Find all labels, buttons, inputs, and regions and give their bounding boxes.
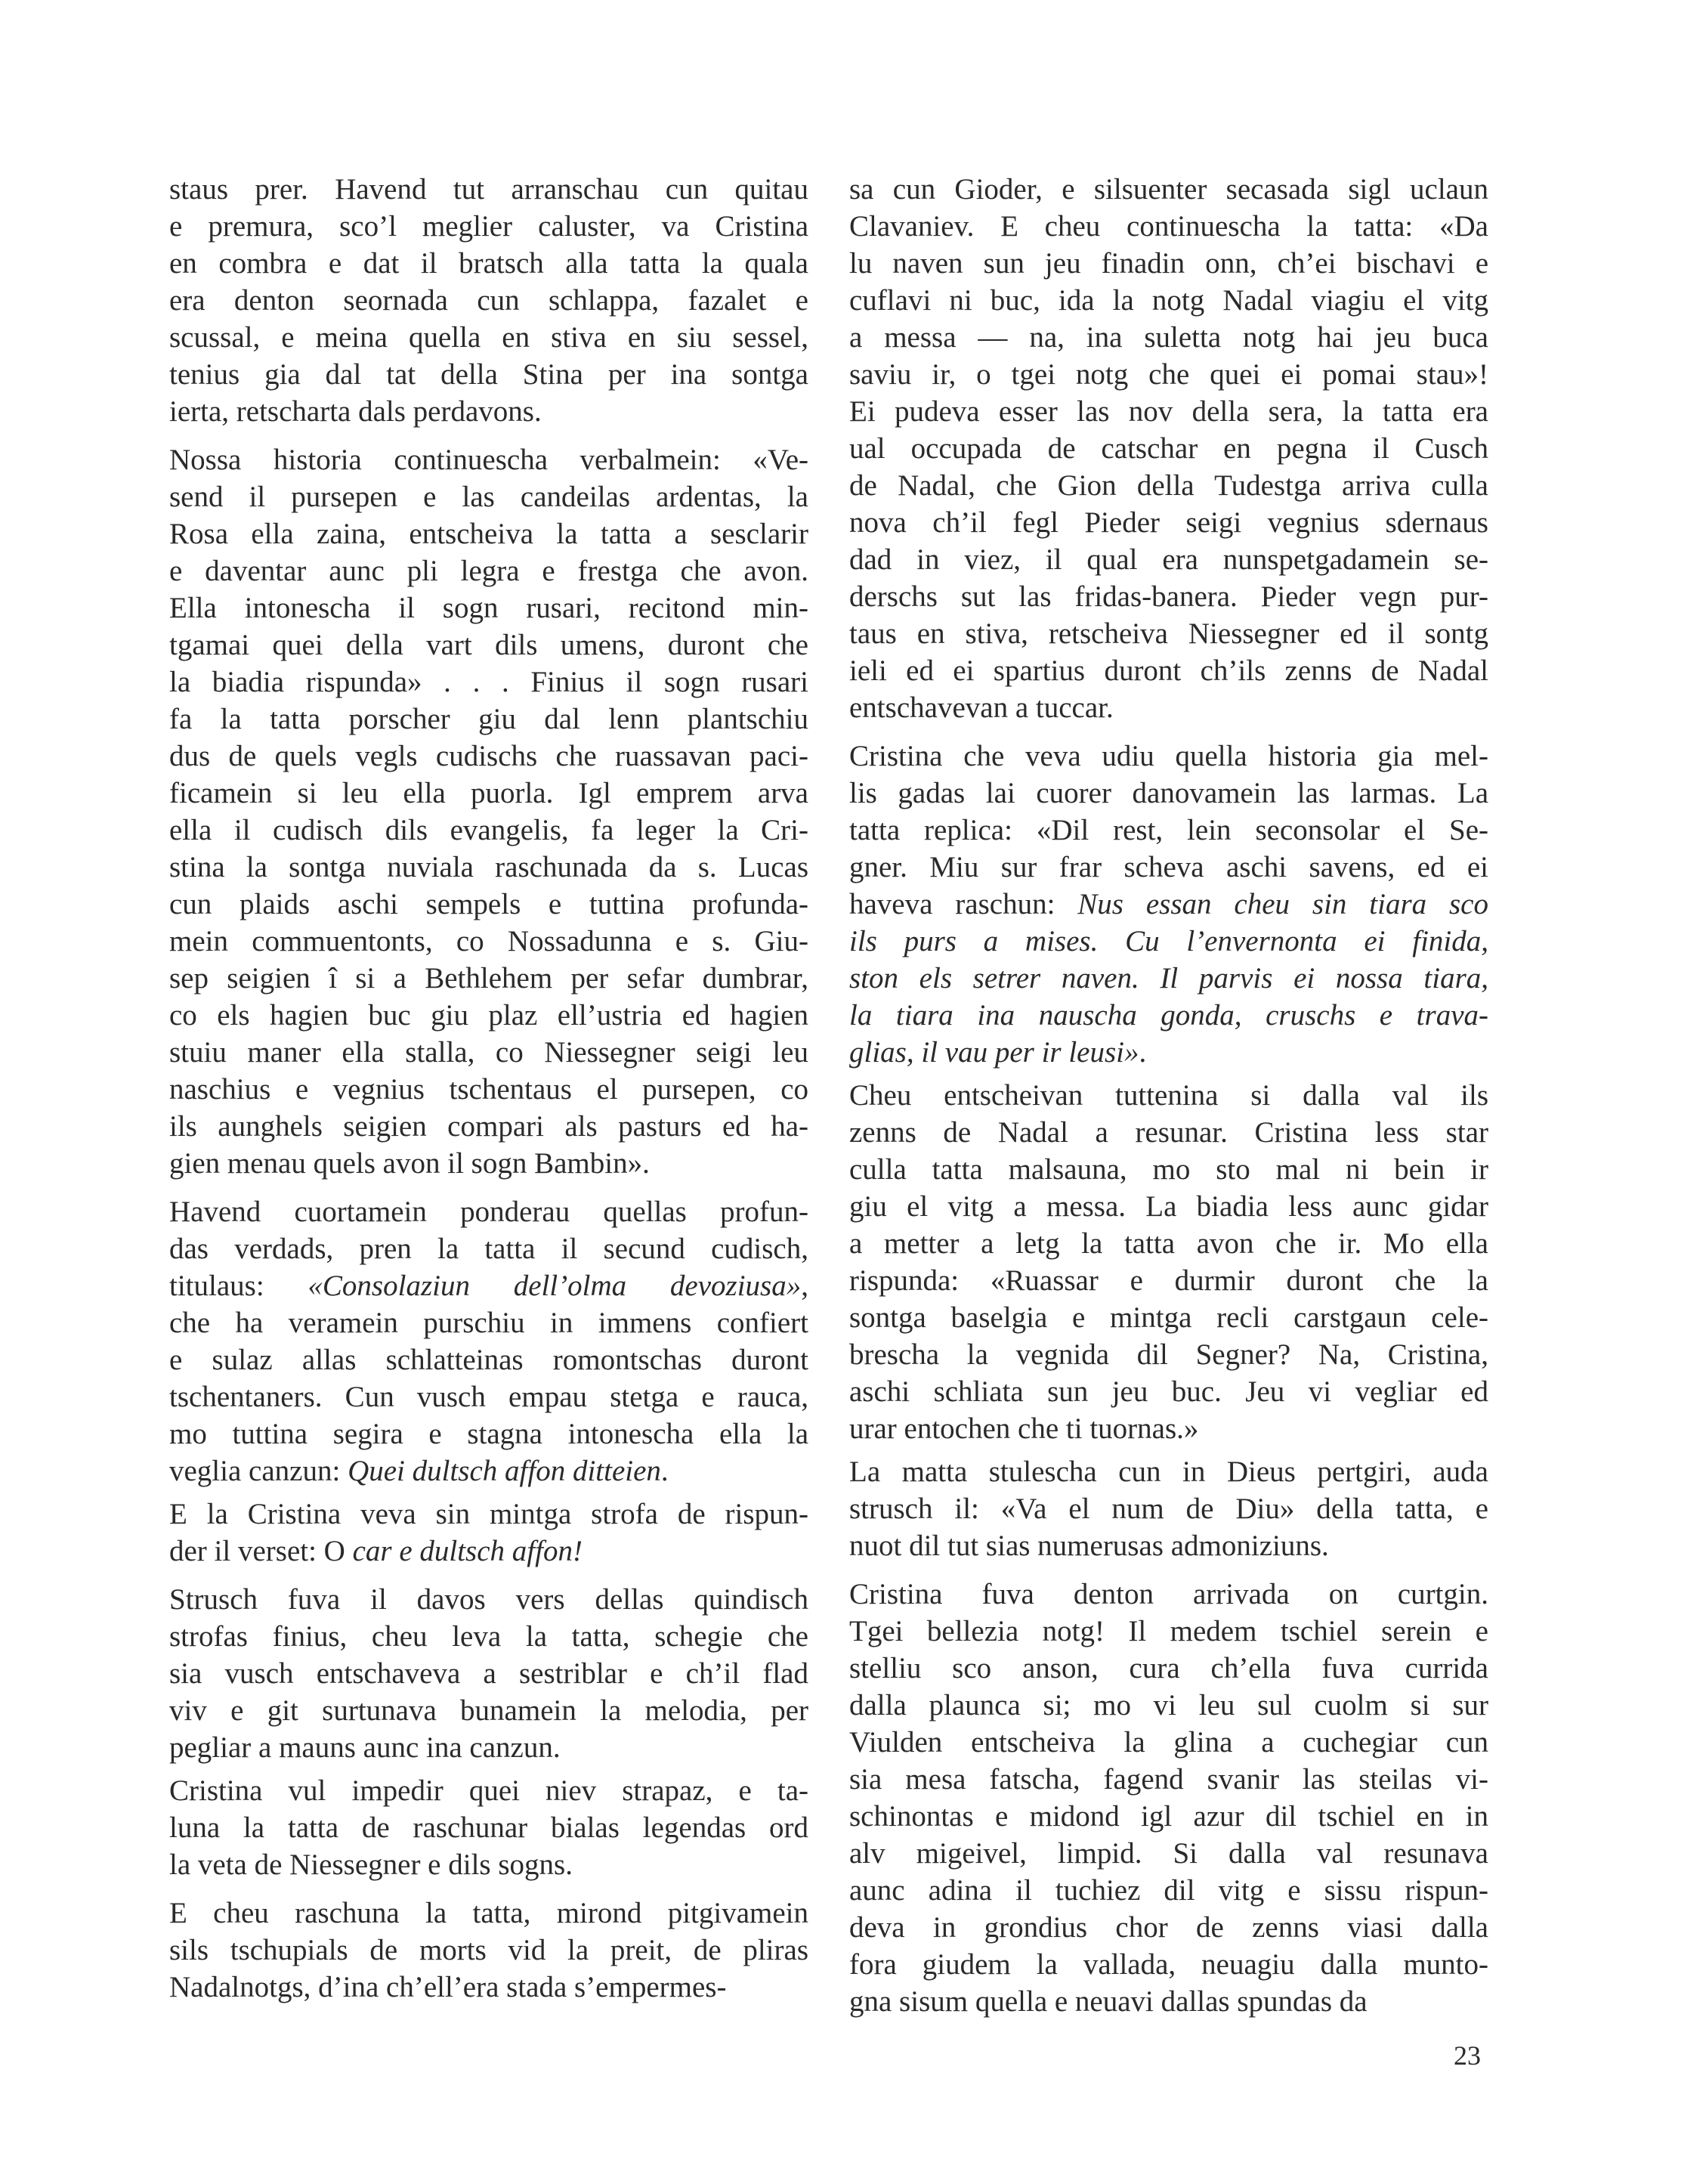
- text-line: Ei pudeva esser las nov della sera, la t…: [849, 393, 1488, 430]
- text-line: send il pursepen e las candeilas ardenta…: [169, 478, 808, 515]
- text-line: rispunda: «Ruassar e durmir duront che l…: [849, 1262, 1488, 1299]
- text-line: strofas finius, cheu leva la tatta, sche…: [169, 1618, 808, 1655]
- text-line: saviu ir, o tgei notg che quei ei pomai …: [849, 356, 1488, 393]
- text-segment: derschs sut las fridas-banera. Pieder ve…: [849, 580, 1488, 613]
- text-line: tenius gia dal tat della Stina per ina s…: [169, 356, 808, 393]
- text-line: sa cun Gioder, e silsuenter secasada sig…: [849, 171, 1488, 208]
- left-text-column: staus prer. Havend tut arranschau cun qu…: [169, 171, 808, 2006]
- text-line: co els hagien buc giu plaz ell’ustria ed…: [169, 997, 808, 1034]
- text-line: cuflavi ni buc, ida la notg Nadal viagiu…: [849, 282, 1488, 319]
- text-segment: dalla plaunca si; mo vi leu sul cuolm si…: [849, 1689, 1488, 1722]
- text-segment: Ella intonescha il sogn rusari, recitond…: [169, 592, 808, 624]
- text-segment: Cristina che veva udiu quella historia g…: [849, 740, 1488, 772]
- text-segment: E cheu raschuna la tatta, mirond pitgiva…: [169, 1897, 808, 1929]
- text-line: nova ch’il fegl Pieder seigi vegnius sde…: [849, 504, 1488, 541]
- text-segment: cuflavi ni buc, ida la notg Nadal viagiu…: [849, 284, 1488, 317]
- text-segment: aunc adina il tuchiez dil vitg e sissu r…: [849, 1874, 1488, 1907]
- text-line: stina la sontga nuviala raschunada da s.…: [169, 849, 808, 886]
- text-line: Havend cuortamein ponderau quellas profu…: [169, 1193, 808, 1230]
- text-line: urar entochen che ti tuornas.»: [849, 1410, 1488, 1447]
- text-line: aschi schliata sun jeu buc. Jeu vi vegli…: [849, 1373, 1488, 1410]
- text-line: Cristina vul impedir quei niev strapaz, …: [169, 1772, 808, 1809]
- italic-text: car e dultsch affon!: [353, 1535, 583, 1567]
- text-segment: ,: [801, 1270, 808, 1302]
- text-line: taus en stiva, retscheiva Niessegner ed …: [849, 615, 1488, 652]
- text-segment: la veta de Niessegner e dils sogns.: [169, 1848, 573, 1881]
- text-line: glias, il vau per ir leusi».: [849, 1034, 1488, 1071]
- text-segment: stelliu sco anson, cura ch’ella fuva cur…: [849, 1652, 1488, 1684]
- paragraph: Strusch fuva il davos vers dellas quindi…: [169, 1581, 808, 1766]
- italic-text: Quei dultsch affon ditteien: [348, 1455, 661, 1487]
- text-segment: aschi schliata sun jeu buc. Jeu vi vegli…: [849, 1375, 1488, 1408]
- text-line: das verdads, pren la tatta il secund cud…: [169, 1230, 808, 1267]
- text-segment: en combra e dat il bratsch alla tatta la…: [169, 247, 808, 280]
- text-segment: tenius gia dal tat della Stina per ina s…: [169, 358, 808, 391]
- italic-text: la tiara ina nauscha gonda, cruschs e tr…: [849, 999, 1488, 1032]
- paragraph: Havend cuortamein ponderau quellas profu…: [169, 1193, 808, 1490]
- text-line: Cristina fuva denton arrivada on curtgin…: [849, 1576, 1488, 1613]
- text-line: e daventar aunc pli legra e frestga che …: [169, 552, 808, 589]
- text-segment: Cristina vul impedir quei niev strapaz, …: [169, 1774, 808, 1807]
- text-segment: haveva raschun:: [849, 888, 1077, 920]
- text-segment: sep seigien î si a Bethlehem per sefar d…: [169, 962, 808, 995]
- text-segment: staus prer. Havend tut arranschau cun qu…: [169, 173, 808, 206]
- text-line: Tgei bellezia notg! Il medem tschiel ser…: [849, 1613, 1488, 1650]
- text-line: mo tuttina segira e stagna intonescha el…: [169, 1415, 808, 1452]
- text-segment: dus de quels vegls cudischs che ruassava…: [169, 740, 808, 772]
- text-line: sontga baselgia e mintga recli carstgaun…: [849, 1299, 1488, 1336]
- text-segment: ils aunghels seigien compari als pasturs…: [169, 1110, 808, 1143]
- text-segment: stina la sontga nuviala raschunada da s.…: [169, 851, 808, 883]
- text-segment: tatta replica: «Dil rest, lein seconsola…: [849, 814, 1488, 846]
- text-line: La matta stulescha cun in Dieus pertgiri…: [849, 1453, 1488, 1490]
- text-segment: La matta stulescha cun in Dieus pertgiri…: [849, 1455, 1488, 1488]
- text-segment: alv migeivel, limpid. Si dalla val resun…: [849, 1837, 1488, 1870]
- text-segment: ieli ed ei spartius duront ch’ils zenns …: [849, 654, 1488, 687]
- text-line: era denton seornada cun schlappa, fazale…: [169, 282, 808, 319]
- text-segment: E la Cristina veva sin mintga strofa de …: [169, 1498, 808, 1530]
- text-line: dalla plaunca si; mo vi leu sul cuolm si…: [849, 1687, 1488, 1724]
- text-segment: gner. Miu sur frar scheva aschi savens, …: [849, 851, 1488, 883]
- text-line: la tiara ina nauscha gonda, cruschs e tr…: [849, 997, 1488, 1034]
- text-segment: titulaus:: [169, 1270, 308, 1302]
- text-line: Cheu entscheivan tuttenina si dalla val …: [849, 1077, 1488, 1114]
- text-segment: Ei pudeva esser las nov della sera, la t…: [849, 395, 1488, 428]
- text-line: haveva raschun: Nus essan cheu sin tiara…: [849, 886, 1488, 923]
- paragraph: sa cun Gioder, e silsuenter secasada sig…: [849, 171, 1488, 726]
- text-line: lis gadas lai cuorer danovamein las larm…: [849, 775, 1488, 812]
- text-line: la veta de Niessegner e dils sogns.: [169, 1846, 808, 1883]
- text-segment: stuiu maner ella stalla, co Niessegner s…: [169, 1036, 808, 1069]
- text-segment: lis gadas lai cuorer danovamein las larm…: [849, 777, 1488, 809]
- text-segment: brescha la vegnida dil Segner? Na, Crist…: [849, 1338, 1488, 1371]
- text-line: scussal, e meina quella en stiva en siu …: [169, 319, 808, 356]
- text-segment: Tgei bellezia notg! Il medem tschiel ser…: [849, 1615, 1488, 1647]
- paragraph: La matta stulescha cun in Dieus pertgiri…: [849, 1453, 1488, 1564]
- text-segment: taus en stiva, retscheiva Niessegner ed …: [849, 617, 1488, 650]
- text-segment: naschius e vegnius tschentaus el pursepe…: [169, 1073, 808, 1106]
- text-line: luna la tatta de raschunar bialas legend…: [169, 1809, 808, 1846]
- text-segment: der il verset: O: [169, 1535, 353, 1567]
- text-segment: a messa — na, ina suletta notg hai jeu b…: [849, 321, 1488, 354]
- text-line: e sulaz allas schlatteinas romontschas d…: [169, 1341, 808, 1378]
- text-segment: che ha veramein purschiu in immens confi…: [169, 1307, 808, 1339]
- text-line: ils purs a mises. Cu l’envernonta ei fin…: [849, 923, 1488, 960]
- text-segment: saviu ir, o tgei notg che quei ei pomai …: [849, 358, 1488, 391]
- text-line: nuot dil tut sias numerusas admoniziuns.: [849, 1527, 1488, 1564]
- text-segment: a metter a letg la tatta avon che ir. Mo…: [849, 1227, 1488, 1260]
- text-segment: lu naven sun jeu finadin onn, ch’ei bisc…: [849, 247, 1488, 280]
- text-segment: sia vusch entschaveva a sestriblar e ch’…: [169, 1657, 808, 1690]
- text-segment: giu el vitg a messa. La biadia less aunc…: [849, 1190, 1488, 1223]
- text-segment: era denton seornada cun schlappa, fazale…: [169, 284, 808, 317]
- text-line: tatta replica: «Dil rest, lein seconsola…: [849, 812, 1488, 849]
- text-segment: gna sisum quella e neuavi dallas spundas…: [849, 1985, 1368, 2018]
- text-segment: sa cun Gioder, e silsuenter secasada sig…: [849, 173, 1488, 206]
- text-line: der il verset: O car e dultsch affon!: [169, 1533, 808, 1570]
- text-line: gien menau quels avon il sogn Bambin».: [169, 1145, 808, 1182]
- text-segment: la biadia rispunda» . . . Finius il sogn…: [169, 666, 808, 698]
- text-line: zenns de Nadal a resunar. Cristina less …: [849, 1114, 1488, 1151]
- text-line: ieli ed ei spartius duront ch’ils zenns …: [849, 652, 1488, 689]
- text-line: strusch il: «Va el num de Diu» della tat…: [849, 1490, 1488, 1527]
- italic-text: Nus essan cheu sin tiara sco: [1077, 888, 1488, 920]
- text-line: aunc adina il tuchiez dil vitg e sissu r…: [849, 1872, 1488, 1909]
- text-segment: nuot dil tut sias numerusas admoniziuns.: [849, 1530, 1329, 1562]
- text-line: Strusch fuva il davos vers dellas quindi…: [169, 1581, 808, 1618]
- text-line: tschentaners. Cun vusch empau stetga e r…: [169, 1378, 808, 1415]
- text-segment: de Nadal, che Gion della Tudestga arriva…: [849, 469, 1488, 502]
- text-line: mein commuentonts, co Nossadunna e s. Gi…: [169, 923, 808, 960]
- text-line: e premura, sco’l meglier caluster, va Cr…: [169, 208, 808, 245]
- text-line: fora giudem la vallada, neuagiu dalla mu…: [849, 1946, 1488, 1983]
- text-line: ual occupada de catschar en pegna il Cus…: [849, 430, 1488, 467]
- text-line: tgamai quei della vart dils umens, duron…: [169, 626, 808, 664]
- text-line: viv e git surtunava bunamein la melodia,…: [169, 1692, 808, 1729]
- text-segment: ficamein si leu ella puorla. Igl emprem …: [169, 777, 808, 809]
- italic-text: ils purs a mises. Cu l’envernonta ei fin…: [849, 925, 1488, 957]
- text-line: che ha veramein purschiu in immens confi…: [169, 1304, 808, 1341]
- text-line: de Nadal, che Gion della Tudestga arriva…: [849, 467, 1488, 504]
- text-line: staus prer. Havend tut arranschau cun qu…: [169, 171, 808, 208]
- text-line: Ella intonescha il sogn rusari, recitond…: [169, 589, 808, 626]
- text-segment: ella il cudisch dils evangelis, fa leger…: [169, 814, 808, 846]
- text-segment: veglia canzun:: [169, 1455, 348, 1487]
- text-segment: strofas finius, cheu leva la tatta, sche…: [169, 1620, 808, 1653]
- italic-text: «Consolaziun dell’olma devoziusa»: [308, 1270, 801, 1302]
- text-segment: deva in grondius chor de zenns viasi dal…: [849, 1911, 1488, 1944]
- text-line: gner. Miu sur frar scheva aschi savens, …: [849, 849, 1488, 886]
- text-segment: Nadalnotgs, d’ina ch’ell’era stada s’emp…: [169, 1971, 726, 2003]
- text-line: sep seigien î si a Bethlehem per sefar d…: [169, 960, 808, 997]
- text-line: ella il cudisch dils evangelis, fa leger…: [169, 812, 808, 849]
- paragraph: Nossa historia continuescha verbalmein: …: [169, 441, 808, 1182]
- text-segment: ierta, retscharta dals perdavons.: [169, 395, 542, 428]
- paragraph: Cristina che veva udiu quella historia g…: [849, 738, 1488, 1071]
- text-segment: fora giudem la vallada, neuagiu dalla mu…: [849, 1948, 1488, 1981]
- text-segment: co els hagien buc giu plaz ell’ustria ed…: [169, 999, 808, 1032]
- text-line: E cheu raschuna la tatta, mirond pitgiva…: [169, 1895, 808, 1932]
- text-line: fa la tatta porscher giu dal lenn plants…: [169, 701, 808, 738]
- book-page: staus prer. Havend tut arranschau cun qu…: [0, 0, 1706, 2184]
- text-segment: Havend cuortamein ponderau quellas profu…: [169, 1196, 808, 1228]
- text-line: stuiu maner ella stalla, co Niessegner s…: [169, 1034, 808, 1071]
- text-segment: tschentaners. Cun vusch empau stetga e r…: [169, 1381, 808, 1413]
- paragraph: E la Cristina veva sin mintga strofa de …: [169, 1496, 808, 1570]
- text-segment: nova ch’il fegl Pieder seigi vegnius sde…: [849, 506, 1488, 539]
- text-segment: Cristina fuva denton arrivada on curtgin…: [849, 1578, 1488, 1610]
- text-line: Nossa historia continuescha verbalmein: …: [169, 441, 808, 478]
- text-line: veglia canzun: Quei dultsch affon dittei…: [169, 1452, 808, 1490]
- text-segment: das verdads, pren la tatta il secund cud…: [169, 1233, 808, 1265]
- text-line: ierta, retscharta dals perdavons.: [169, 393, 808, 430]
- text-line: E la Cristina veva sin mintga strofa de …: [169, 1496, 808, 1533]
- text-segment: e premura, sco’l meglier caluster, va Cr…: [169, 210, 808, 243]
- text-segment: culla tatta malsauna, mo sto mal ni bein…: [849, 1153, 1488, 1186]
- text-line: la biadia rispunda» . . . Finius il sogn…: [169, 664, 808, 701]
- text-segment: Strusch fuva il davos vers dellas quindi…: [169, 1583, 808, 1616]
- text-line: titulaus: «Consolaziun dell’olma devoziu…: [169, 1267, 808, 1304]
- text-segment: ual occupada de catschar en pegna il Cus…: [849, 432, 1488, 465]
- text-line: lu naven sun jeu finadin onn, ch’ei bisc…: [849, 245, 1488, 282]
- text-segment: pegliar a mauns aunc ina canzun.: [169, 1731, 561, 1764]
- text-line: Nadalnotgs, d’ina ch’ell’era stada s’emp…: [169, 1969, 808, 2006]
- right-text-column: sa cun Gioder, e silsuenter secasada sig…: [849, 171, 1488, 2020]
- italic-text: glias, il vau per ir leusi»: [849, 1036, 1139, 1069]
- text-segment: scussal, e meina quella en stiva en siu …: [169, 321, 808, 354]
- page-number: 23: [1454, 2040, 1481, 2071]
- text-line: en combra e dat il bratsch alla tatta la…: [169, 245, 808, 282]
- text-segment: dad in viez, il qual era nunspetgadamein…: [849, 543, 1488, 576]
- text-segment: zenns de Nadal a resunar. Cristina less …: [849, 1116, 1488, 1149]
- text-segment: Clavaniev. E cheu continuescha la tatta:…: [849, 210, 1488, 243]
- italic-text: ston els setrer naven. Il parvis ei noss…: [849, 962, 1488, 995]
- text-line: dus de quels vegls cudischs che ruassava…: [169, 738, 808, 775]
- text-line: alv migeivel, limpid. Si dalla val resun…: [849, 1835, 1488, 1872]
- text-line: sils tschupials de morts vid la preit, d…: [169, 1932, 808, 1969]
- paragraph: staus prer. Havend tut arranschau cun qu…: [169, 171, 808, 430]
- paragraph: Cristina fuva denton arrivada on curtgin…: [849, 1576, 1488, 2020]
- text-segment: Viulden entscheiva la glina a cuchegiar …: [849, 1726, 1488, 1759]
- paragraph: Cheu entscheivan tuttenina si dalla val …: [849, 1077, 1488, 1447]
- text-line: ils aunghels seigien compari als pasturs…: [169, 1108, 808, 1145]
- text-line: stelliu sco anson, cura ch’ella fuva cur…: [849, 1650, 1488, 1687]
- text-line: culla tatta malsauna, mo sto mal ni bein…: [849, 1151, 1488, 1188]
- text-line: Clavaniev. E cheu continuescha la tatta:…: [849, 208, 1488, 245]
- text-line: ston els setrer naven. Il parvis ei noss…: [849, 960, 1488, 997]
- text-segment: mein commuentonts, co Nossadunna e s. Gi…: [169, 925, 808, 957]
- text-segment: entschavevan a tuccar.: [849, 691, 1114, 724]
- text-segment: Rosa ella zaina, entscheiva la tatta a s…: [169, 518, 808, 550]
- text-line: entschavevan a tuccar.: [849, 689, 1488, 726]
- text-line: gna sisum quella e neuavi dallas spundas…: [849, 1983, 1488, 2020]
- text-line: pegliar a mauns aunc ina canzun.: [169, 1729, 808, 1766]
- text-segment: sontga baselgia e mintga recli carstgaun…: [849, 1301, 1488, 1334]
- text-segment: urar entochen che ti tuornas.»: [849, 1412, 1198, 1445]
- text-line: sia mesa fatscha, fagend svanir las stei…: [849, 1761, 1488, 1798]
- text-line: brescha la vegnida dil Segner? Na, Crist…: [849, 1336, 1488, 1373]
- text-segment: e daventar aunc pli legra e frestga che …: [169, 555, 808, 587]
- text-line: a messa — na, ina suletta notg hai jeu b…: [849, 319, 1488, 356]
- text-segment: strusch il: «Va el num de Diu» della tat…: [849, 1493, 1488, 1525]
- text-line: giu el vitg a messa. La biadia less aunc…: [849, 1188, 1488, 1225]
- text-line: Cristina che veva udiu quella historia g…: [849, 738, 1488, 775]
- text-line: sia vusch entschaveva a sestriblar e ch’…: [169, 1655, 808, 1692]
- text-line: schinontas e midond igl azur dil tschiel…: [849, 1798, 1488, 1835]
- text-line: dad in viez, il qual era nunspetgadamein…: [849, 541, 1488, 578]
- paragraph: E cheu raschuna la tatta, mirond pitgiva…: [169, 1895, 808, 2006]
- text-segment: cun plaids aschi sempels e tuttina profu…: [169, 888, 808, 920]
- text-segment: Nossa historia continuescha verbalmein: …: [169, 444, 808, 476]
- text-line: Viulden entscheiva la glina a cuchegiar …: [849, 1724, 1488, 1761]
- text-segment: sils tschupials de morts vid la preit, d…: [169, 1934, 808, 1966]
- text-segment: Cheu entscheivan tuttenina si dalla val …: [849, 1079, 1488, 1112]
- text-line: naschius e vegnius tschentaus el pursepe…: [169, 1071, 808, 1108]
- text-segment: viv e git surtunava bunamein la melodia,…: [169, 1694, 808, 1727]
- text-segment: .: [661, 1455, 669, 1487]
- text-segment: fa la tatta porscher giu dal lenn plants…: [169, 703, 808, 735]
- text-line: ficamein si leu ella puorla. Igl emprem …: [169, 775, 808, 812]
- text-segment: rispunda: «Ruassar e durmir duront che l…: [849, 1264, 1488, 1297]
- text-line: derschs sut las fridas-banera. Pieder ve…: [849, 578, 1488, 615]
- text-segment: .: [1139, 1036, 1147, 1069]
- text-line: a metter a letg la tatta avon che ir. Mo…: [849, 1225, 1488, 1262]
- text-segment: tgamai quei della vart dils umens, duron…: [169, 629, 808, 661]
- text-segment: send il pursepen e las candeilas ardenta…: [169, 481, 808, 513]
- paragraph: Cristina vul impedir quei niev strapaz, …: [169, 1772, 808, 1883]
- text-line: cun plaids aschi sempels e tuttina profu…: [169, 886, 808, 923]
- text-line: Rosa ella zaina, entscheiva la tatta a s…: [169, 515, 808, 552]
- text-segment: mo tuttina segira e stagna intonescha el…: [169, 1418, 808, 1450]
- text-segment: gien menau quels avon il sogn Bambin».: [169, 1147, 650, 1180]
- text-segment: e sulaz allas schlatteinas romontschas d…: [169, 1344, 808, 1376]
- text-segment: sia mesa fatscha, fagend svanir las stei…: [849, 1763, 1488, 1796]
- text-segment: luna la tatta de raschunar bialas legend…: [169, 1811, 808, 1844]
- text-line: deva in grondius chor de zenns viasi dal…: [849, 1909, 1488, 1946]
- text-segment: schinontas e midond igl azur dil tschiel…: [849, 1800, 1488, 1833]
